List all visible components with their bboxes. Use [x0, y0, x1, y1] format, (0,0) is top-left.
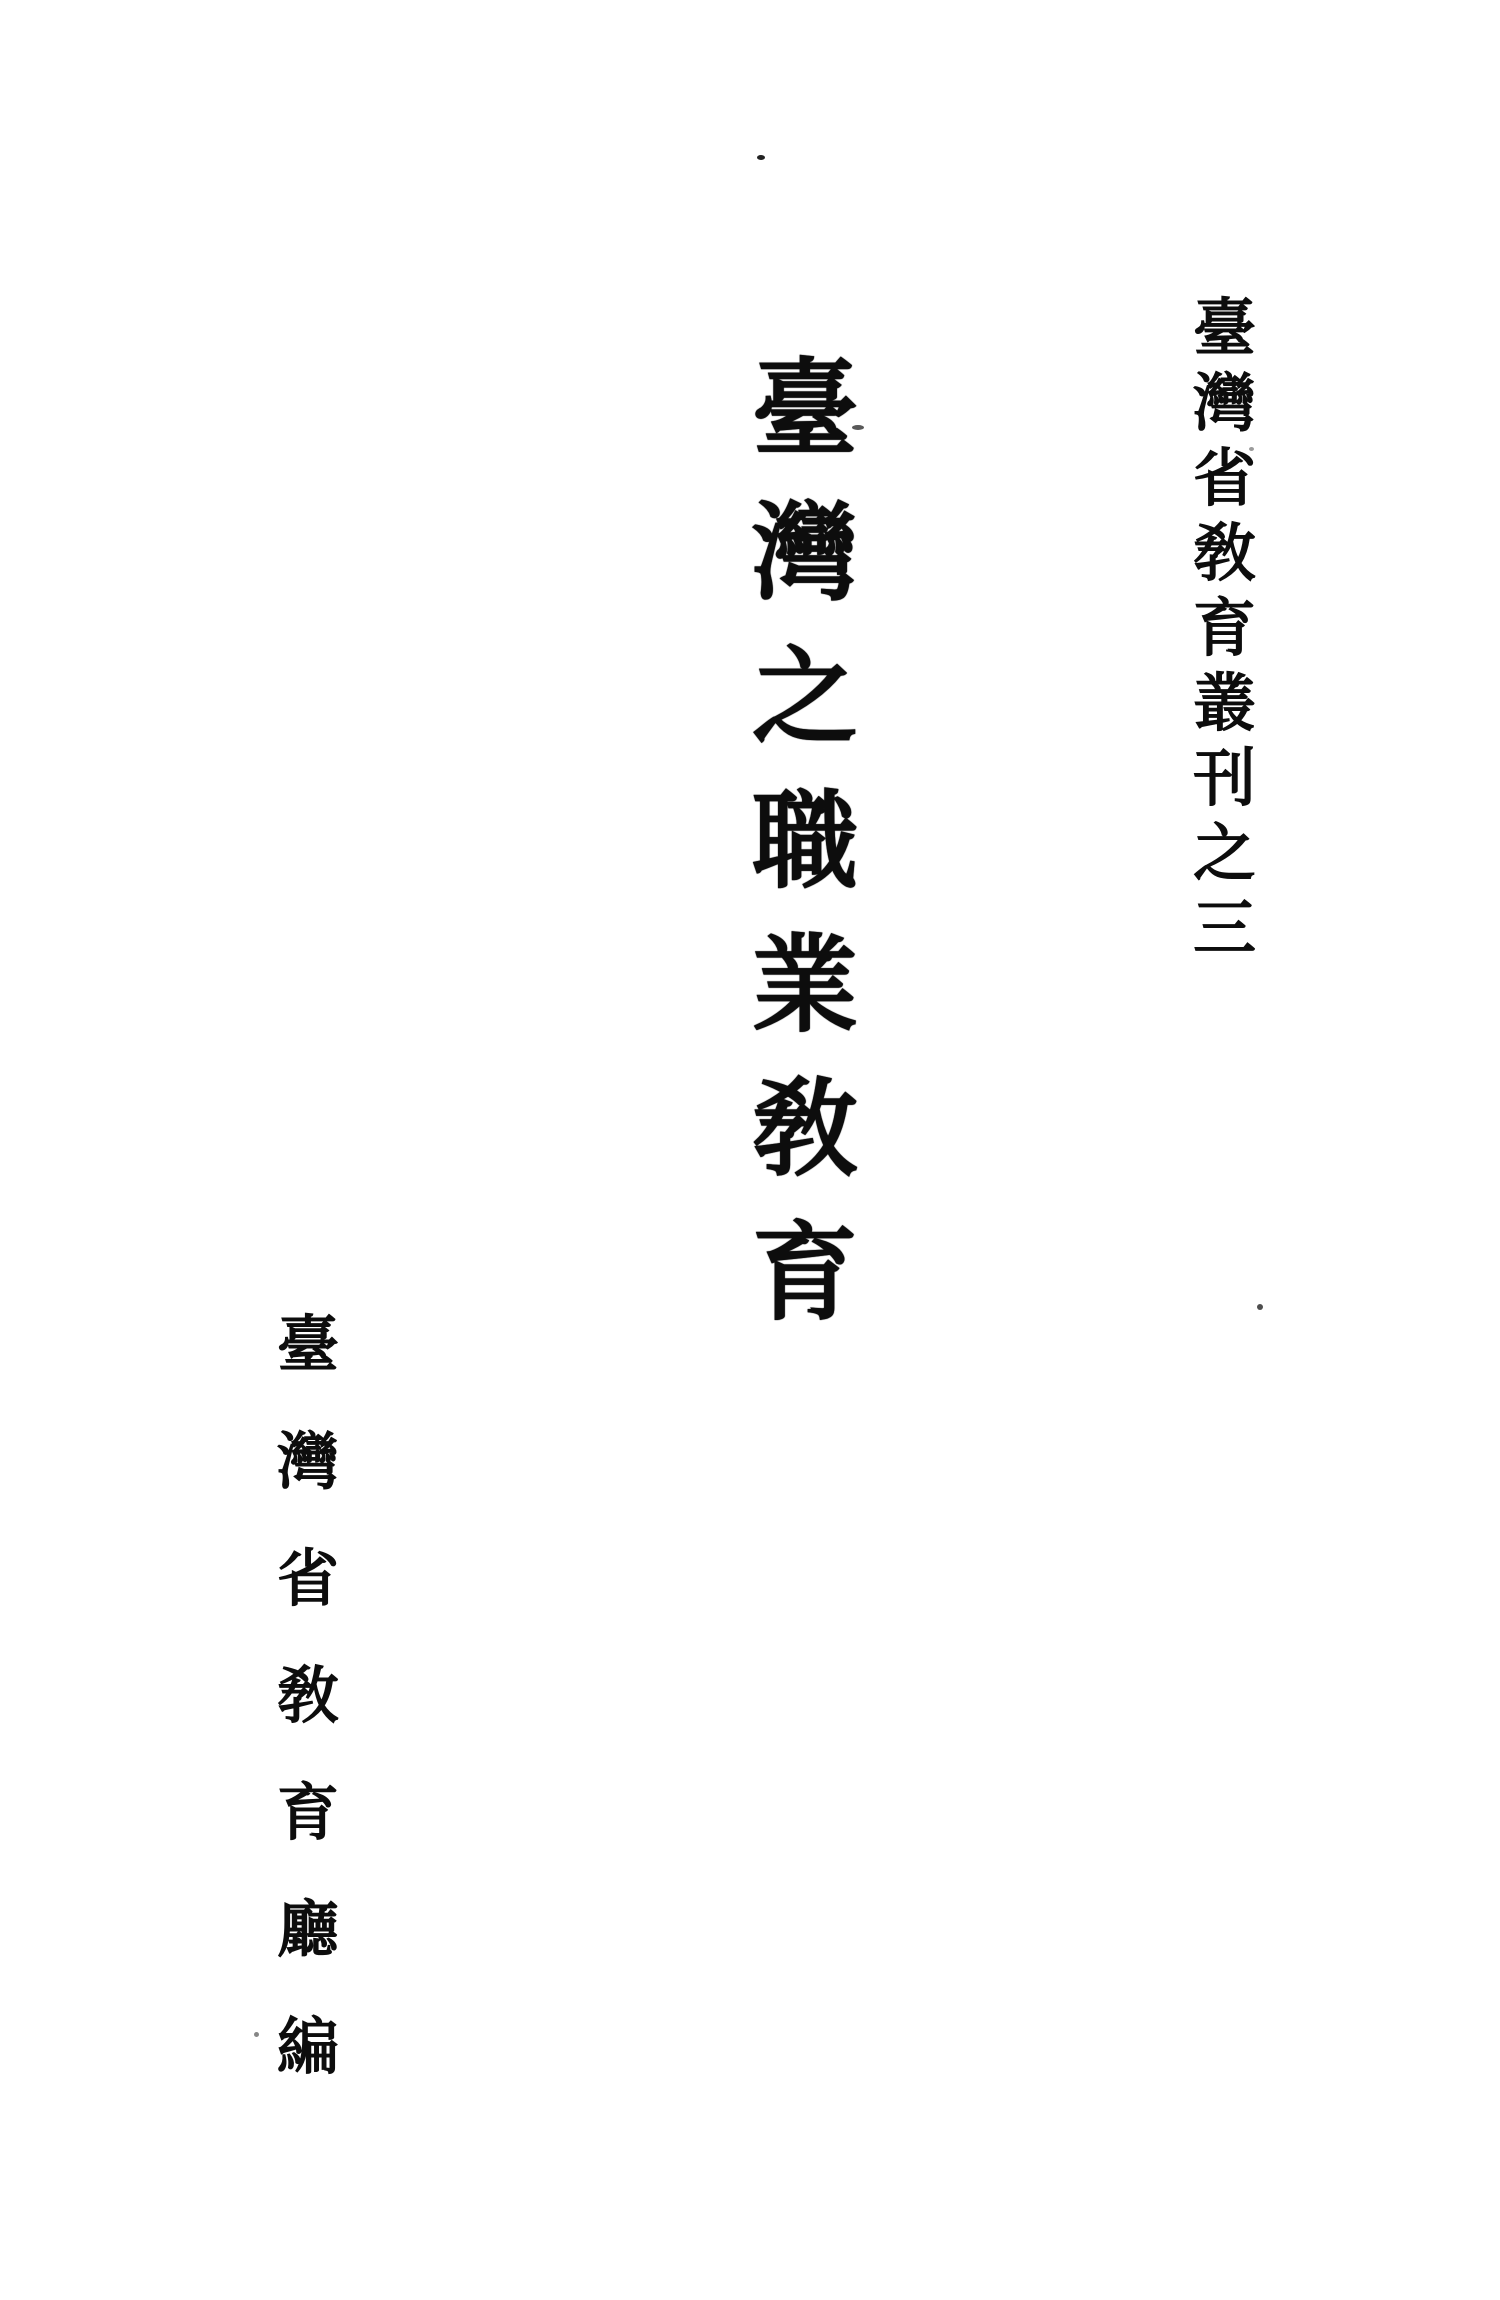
glyph: 育	[1193, 597, 1256, 660]
glyph: 灣	[1193, 372, 1256, 435]
glyph: 臺	[1193, 297, 1256, 360]
scan-speck	[852, 425, 864, 430]
scan-speck	[757, 155, 765, 160]
glyph: 敎	[277, 1665, 339, 1727]
glyph: 編	[277, 2016, 339, 2078]
book-title: 臺灣之職業敎育	[752, 356, 858, 1326]
glyph: 省	[277, 1548, 339, 1610]
scanned-book-title-page: 臺灣省敎育叢刊之三 臺灣之職業敎育 臺灣省敎育廳編	[0, 0, 1500, 2300]
glyph: 職	[752, 788, 858, 894]
series-label: 臺灣省敎育叢刊之三	[1193, 297, 1256, 960]
scan-speck	[254, 2032, 259, 2037]
glyph: 臺	[752, 356, 858, 462]
glyph: 敎	[1193, 522, 1256, 585]
glyph: 育	[752, 1220, 858, 1326]
glyph: 灣	[277, 1431, 339, 1493]
glyph: 叢	[1193, 672, 1256, 735]
scan-speck	[1249, 447, 1254, 451]
publisher-credit: 臺灣省敎育廳編	[277, 1314, 339, 2078]
glyph: 灣	[752, 500, 858, 606]
glyph: 廳	[277, 1899, 339, 1961]
glyph: 之	[1193, 822, 1256, 885]
scan-speck	[1257, 1304, 1263, 1310]
glyph: 三	[1193, 897, 1256, 960]
glyph: 敎	[752, 1076, 858, 1182]
glyph: 臺	[277, 1314, 339, 1376]
glyph: 育	[277, 1782, 339, 1844]
glyph: 之	[752, 644, 858, 750]
glyph: 業	[752, 932, 858, 1038]
glyph: 省	[1193, 447, 1256, 510]
glyph: 刊	[1193, 747, 1256, 810]
